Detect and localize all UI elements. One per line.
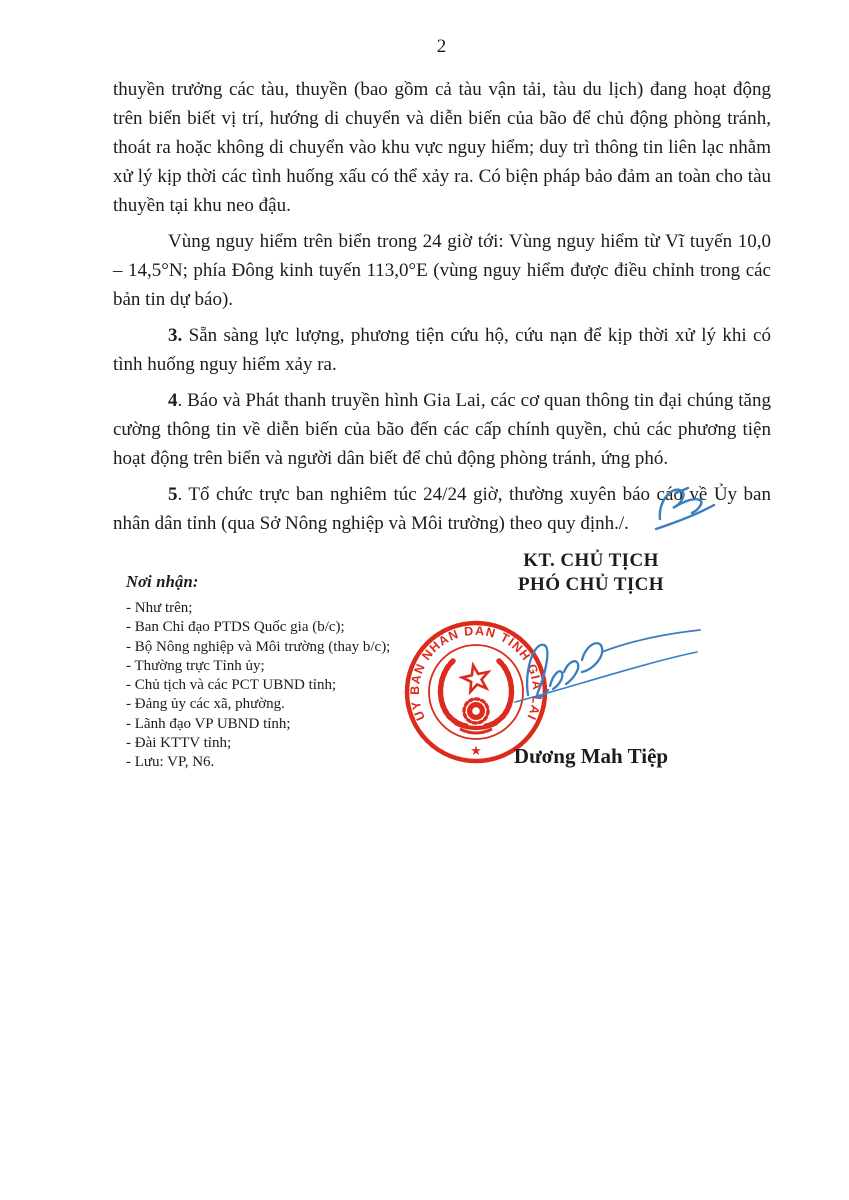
- paragraph: thuyền trưởng các tàu, thuyền (bao gồm c…: [113, 75, 771, 220]
- paragraph-text: Sẵn sàng lực lượng, phương tiện cứu hộ, …: [113, 325, 771, 375]
- document-page: 2 thuyền trưởng các tàu, thuyền (bao gồm…: [0, 0, 849, 1200]
- paragraph-text: . Báo và Phát thanh truyền hình Gia Lai,…: [113, 390, 771, 469]
- signer-position-line2: PHÓ CHỦ TỊCH: [461, 573, 721, 597]
- paragraph-text: Vùng nguy hiểm trên biển trong 24 giờ tớ…: [113, 231, 771, 310]
- signature-ink: [498, 600, 713, 715]
- emblem-wreath-left: [441, 661, 466, 726]
- signer-name: Dương Mah Tiệp: [461, 744, 721, 769]
- page-number: 2: [113, 36, 770, 58]
- paragraph: 4. Báo và Phát thanh truyền hình Gia Lai…: [113, 386, 771, 473]
- paragraph: Vùng nguy hiểm trên biển trong 24 giờ tớ…: [113, 227, 771, 314]
- paragraph-number: 3.: [168, 325, 182, 346]
- signature-title-block: KT. CHỦ TỊCH PHÓ CHỦ TỊCH: [461, 549, 721, 597]
- emblem-star: [460, 663, 491, 693]
- document-body: thuyền trưởng các tàu, thuyền (bao gồm c…: [113, 75, 771, 545]
- recipient-item: - Như trên;: [126, 599, 456, 618]
- recipients-label: Nơi nhận:: [126, 572, 456, 592]
- paragraph-number: 4: [168, 390, 178, 411]
- paragraph-text: thuyền trưởng các tàu, thuyền (bao gồm c…: [113, 79, 771, 216]
- paragraph: 3. Sẵn sàng lực lượng, phương tiện cứu h…: [113, 321, 771, 379]
- initials-paraph-ink: [648, 477, 726, 539]
- paragraph-number: 5: [168, 484, 178, 505]
- signer-position-line1: KT. CHỦ TỊCH: [461, 549, 721, 573]
